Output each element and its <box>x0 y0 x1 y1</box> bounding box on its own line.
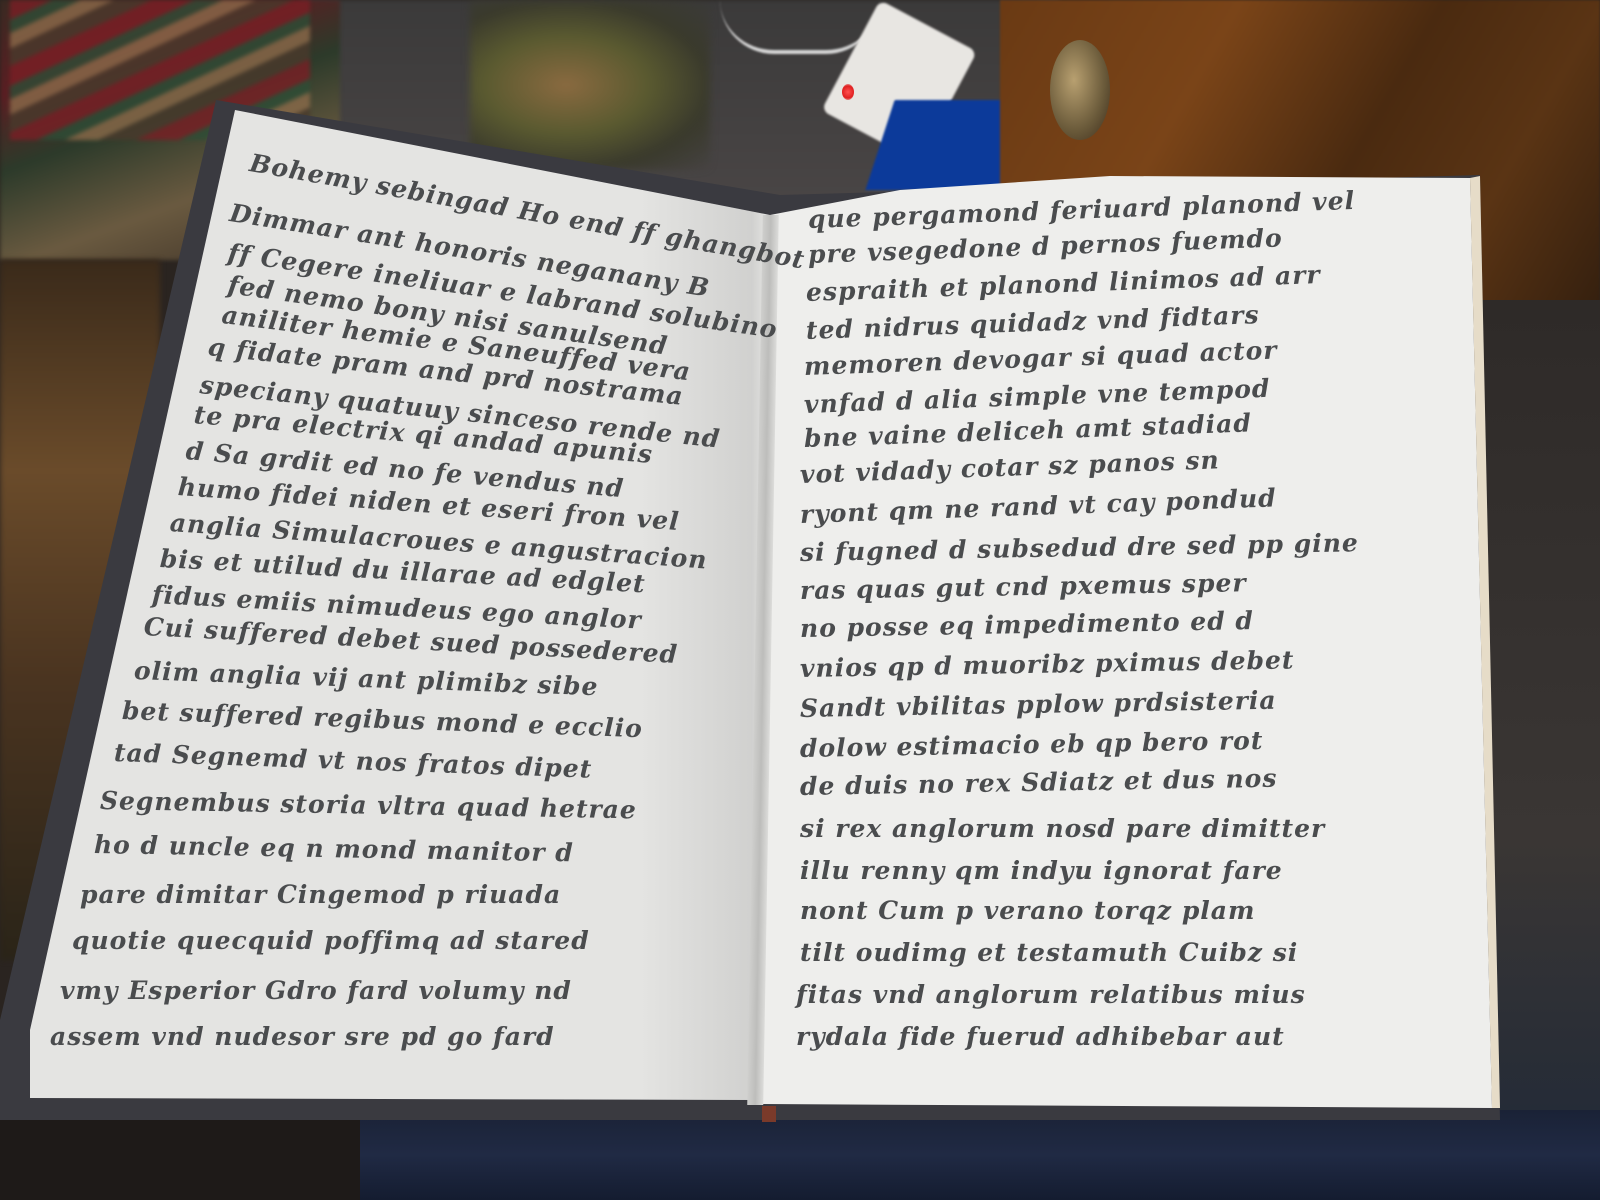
power-led-icon <box>842 84 854 100</box>
cabinet-handle <box>1050 40 1110 140</box>
ornament-figure <box>470 0 710 170</box>
denim-lap <box>360 1110 1600 1200</box>
right-line: fitas vnd anglorum relatibus mius <box>796 980 1306 1009</box>
left-line: vmy Esperior Gdro fard volumy nd <box>60 976 572 1005</box>
book-headband <box>762 1106 776 1122</box>
left-line: assem vnd nudesor sre pd go fard <box>50 1022 555 1051</box>
right-line: nont Cum p verano torqz plam <box>800 896 1255 925</box>
right-line: rydala fide fuerud adhibebar aut <box>796 1022 1285 1051</box>
right-line: tilt oudimg et testamuth Cuibz si <box>800 938 1298 967</box>
floor-shadow <box>0 1110 360 1200</box>
right-line: si rex anglorum nosd pare dimitter <box>800 814 1325 843</box>
left-line: pare dimitar Cingemod p riuada <box>80 880 561 909</box>
right-line: illu renny qm indyu ignorat fare <box>800 856 1283 885</box>
left-line: quotie quecquid poffimq ad stared <box>72 926 590 955</box>
